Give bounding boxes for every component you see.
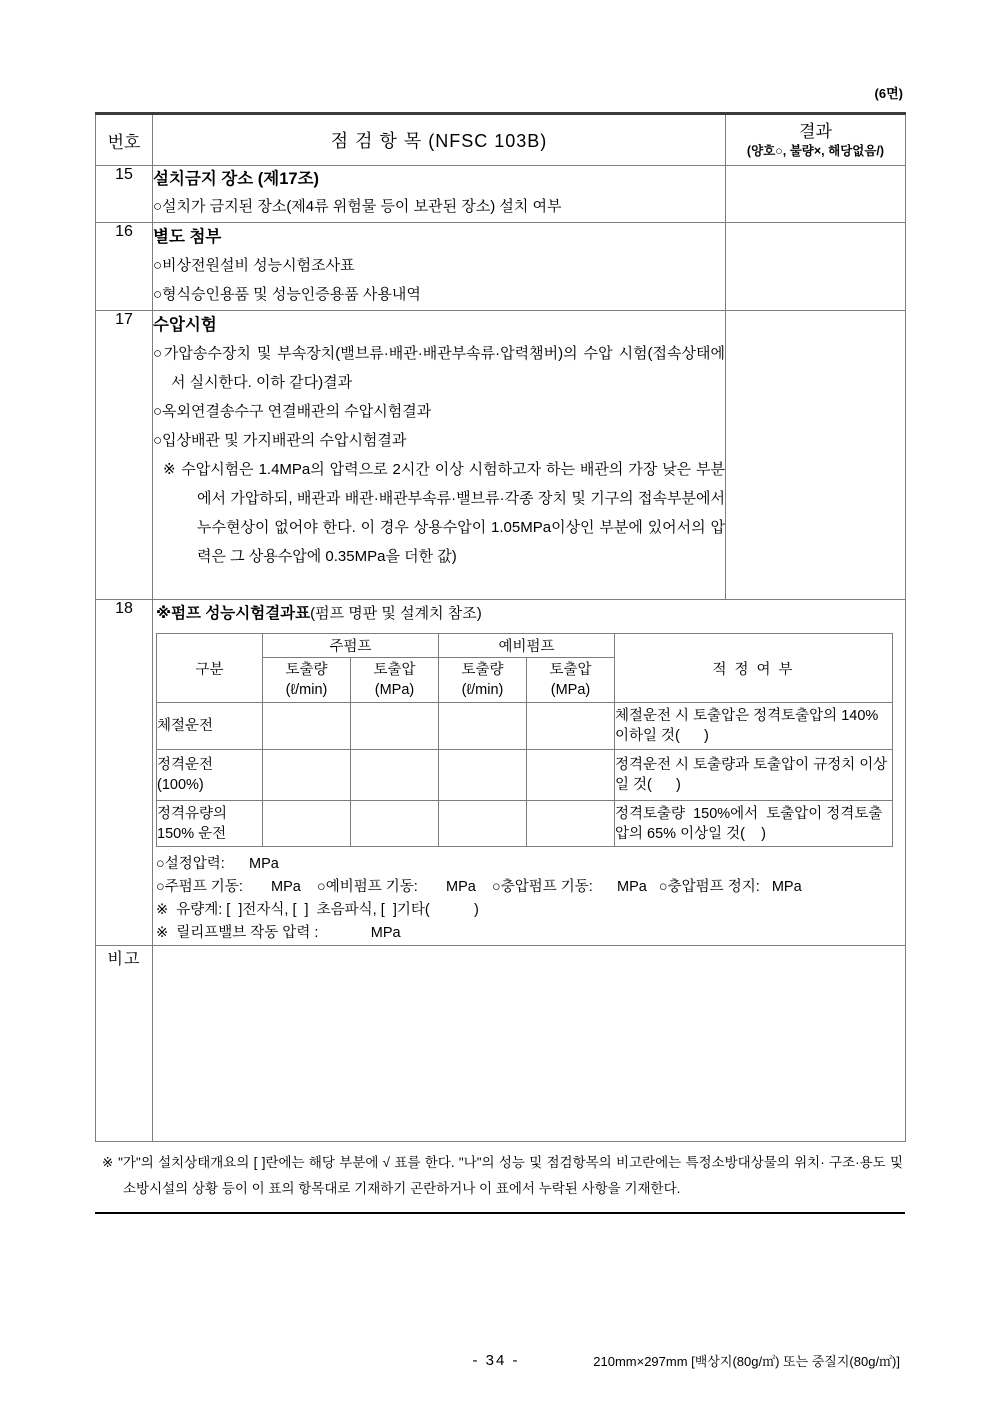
pump-start-stop-line: ○주펌프 기동: MPa ○예비펌프 기동: MPa ○충압펌프 기동: MPa… xyxy=(156,876,905,899)
flow-meter-line: ※ 유량계: [ ]전자식, [ ] 초음파식, [ ]기타( ) xyxy=(156,899,905,922)
row-16: 16 별도 첨부 ○비상전원설비 성능시험조사표 ○형식승인용품 및 성능인증용… xyxy=(96,223,906,311)
pump-row-rated-label-line1: 정격운전 xyxy=(157,755,262,775)
pump-row-150pct-label-line1: 정격유량의 xyxy=(157,804,262,824)
pump-table-title-rest: (펌프 명판 및 설계치 참조) xyxy=(310,605,482,622)
relief-valve-line: ※ 릴리프밸브 작동 압력 : MPa xyxy=(156,922,905,945)
remarks-row: 비고 xyxy=(96,946,906,1142)
row-17: 17 수압시험 ○가압송수장치 및 부속장치(밸브류·배관·배관부속류·압력챔버… xyxy=(96,311,906,600)
set-pressure-line: ○설정압력: MPa xyxy=(156,853,905,876)
pump-row-rated-reserve-flow-cell xyxy=(439,750,527,801)
inspection-table: 번호 점 검 항 목 (NFSC 103B) 결과 (양호○, 불량×, 해당없… xyxy=(95,112,906,1142)
row-16-bullet-2: ○형식승인용품 및 성능인증용품 사용내역 xyxy=(153,280,725,309)
row-15-bullet-1: ○설치가 금지된 장소(제4류 위험물 등이 보관된 장소) 설치 여부 xyxy=(153,193,725,220)
pump-header-main-flow-label: 토출량 xyxy=(263,660,350,680)
row-15-title: 설치금지 장소 (제17조) xyxy=(153,166,725,193)
pump-row-150pct: 정격유량의 150% 운전 정격토출량 150%에서 토출압이 정격토출압의 6… xyxy=(157,801,893,847)
pump-row-150pct-label: 정격유량의 150% 운전 xyxy=(157,801,263,847)
row-15-content: 설치금지 장소 (제17조) ○설치가 금지된 장소(제4류 위험물 등이 보관… xyxy=(153,166,726,223)
pump-header-main-pressure-unit: (MPa) xyxy=(351,680,438,700)
form-body: (6면) 번호 점 검 항 목 (NFSC 103B) 결과 (양호○, 불량×… xyxy=(95,86,905,1214)
row-16-bullet-1: ○비상전원설비 성능시험조사표 xyxy=(153,251,725,280)
pump-header-reserve-flow-unit: (ℓ/min) xyxy=(439,680,526,700)
row-18-content: ※펌프 성능시험결과표(펌프 명판 및 설계치 참조) 구분 주펌프 예비펌프 … xyxy=(153,600,906,946)
header-result: 결과 (양호○, 불량×, 해당없음/) xyxy=(726,114,906,166)
row-17-result-cell xyxy=(726,311,906,600)
pump-row-rated-label: 정격운전 (100%) xyxy=(157,750,263,801)
pump-row-150pct-reserve-flow-cell xyxy=(439,801,527,847)
pump-row-shutoff-label: 체절운전 xyxy=(157,703,263,750)
table-header-row: 번호 점 검 항 목 (NFSC 103B) 결과 (양호○, 불량×, 해당없… xyxy=(96,114,906,166)
pump-header-main-flow-unit: (ℓ/min) xyxy=(263,680,350,700)
header-result-title: 결과 xyxy=(726,121,905,143)
pump-header-adequacy: 적 정 여 부 xyxy=(615,634,893,703)
page-sheet-label: (6면) xyxy=(95,86,903,102)
row-16-number: 16 xyxy=(96,223,153,311)
pump-row-150pct-main-flow-cell xyxy=(263,801,351,847)
row-17-number: 17 xyxy=(96,311,153,600)
pump-row-rated-reserve-pressure-cell xyxy=(527,750,615,801)
row-17-title: 수압시험 xyxy=(153,311,725,339)
pump-header-reserve-pressure-unit: (MPa) xyxy=(527,680,614,700)
header-items: 점 검 항 목 (NFSC 103B) xyxy=(153,114,726,166)
row-17-bullet-1: ○가압송수장치 및 부속장치(밸브류·배관·배관부속류·압력챔버)의 수압 시험… xyxy=(153,339,725,397)
pump-row-shutoff-reserve-pressure-cell xyxy=(527,703,615,750)
pump-header-main-flow: 토출량 (ℓ/min) xyxy=(263,658,351,703)
pump-header-category: 구분 xyxy=(157,634,263,703)
pump-header-reserve-pressure-label: 토출압 xyxy=(527,660,614,680)
row-16-result-cell xyxy=(726,223,906,311)
footnote-text: ※ "가"의 설치상태개요의 [ ]란에는 해당 부분에 √ 표를 한다. "나… xyxy=(97,1150,903,1202)
pump-header-reserve-pump: 예비펌프 xyxy=(439,634,615,658)
pump-header-main-pressure-label: 토출압 xyxy=(351,660,438,680)
pump-row-shutoff-reserve-flow-cell xyxy=(439,703,527,750)
pump-row-rated-label-line2: (100%) xyxy=(157,775,262,795)
pump-header-row-1: 구분 주펌프 예비펌프 적 정 여 부 xyxy=(157,634,893,658)
pump-header-reserve-pressure: 토출압 (MPa) xyxy=(527,658,615,703)
pump-row-150pct-criteria: 정격토출량 150%에서 토출압이 정격토출압의 65% 이상일 것( ) xyxy=(615,801,893,847)
pump-header-main-pressure: 토출압 (MPa) xyxy=(351,658,439,703)
row-17-note: ※ 수압시험은 1.4MPa의 압력으로 2시간 이상 시험하고자 하는 배관의… xyxy=(153,455,725,571)
paper-spec-note: 210mm×297mm [백상지(80g/㎡) 또는 중질지(80g/㎡)] xyxy=(593,1351,900,1370)
header-result-legend: (양호○, 불량×, 해당없음/) xyxy=(726,143,905,159)
footnote-block: ※ "가"의 설치상태개요의 [ ]란에는 해당 부분에 √ 표를 한다. "나… xyxy=(95,1142,905,1214)
pump-row-rated-main-pressure-cell xyxy=(351,750,439,801)
pressure-settings: ○설정압력: MPa ○주펌프 기동: MPa ○예비펌프 기동: MPa ○충… xyxy=(156,853,905,945)
row-18: 18 ※펌프 성능시험결과표(펌프 명판 및 설계치 참조) 구분 주펌프 예비… xyxy=(96,600,906,946)
pump-performance-table: 구분 주펌프 예비펌프 적 정 여 부 토출량 (ℓ/min) 토출압 xyxy=(156,633,893,847)
pump-header-reserve-flow-label: 토출량 xyxy=(439,660,526,680)
document-page: (6면) 번호 점 검 항 목 (NFSC 103B) 결과 (양호○, 불량×… xyxy=(0,0,992,1403)
pump-row-shutoff-main-pressure-cell xyxy=(351,703,439,750)
row-16-title: 별도 첨부 xyxy=(153,223,725,251)
pump-table-title: ※펌프 성능시험결과표(펌프 명판 및 설계치 참조) xyxy=(156,602,905,626)
pump-header-main-pump: 주펌프 xyxy=(263,634,439,658)
pump-row-150pct-reserve-pressure-cell xyxy=(527,801,615,847)
pump-row-rated-criteria: 정격운전 시 토출량과 토출압이 규정치 이상일 것( ) xyxy=(615,750,893,801)
remarks-label: 비고 xyxy=(96,946,153,1142)
row-15-number: 15 xyxy=(96,166,153,223)
pump-row-shutoff-main-flow-cell xyxy=(263,703,351,750)
pump-row-150pct-label-line2: 150% 운전 xyxy=(157,824,262,844)
row-15-result-cell xyxy=(726,166,906,223)
header-no: 번호 xyxy=(96,114,153,166)
pump-row-rated: 정격운전 (100%) 정격운전 시 토출량과 토출압이 규정치 이상일 것( … xyxy=(157,750,893,801)
remarks-content-cell xyxy=(153,946,906,1142)
row-17-content: 수압시험 ○가압송수장치 및 부속장치(밸브류·배관·배관부속류·압력챔버)의 … xyxy=(153,311,726,600)
pump-row-150pct-main-pressure-cell xyxy=(351,801,439,847)
row-18-number: 18 xyxy=(96,600,153,946)
pump-row-shutoff: 체절운전 체절운전 시 토출압은 정격토출압의 140% 이하일 것( ) xyxy=(157,703,893,750)
row-17-bullet-3: ○입상배관 및 가지배관의 수압시험결과 xyxy=(153,426,725,455)
pump-row-rated-main-flow-cell xyxy=(263,750,351,801)
pump-table-title-bold: ※펌프 성능시험결과표 xyxy=(156,605,310,622)
pump-row-shutoff-criteria: 체절운전 시 토출압은 정격토출압의 140% 이하일 것( ) xyxy=(615,703,893,750)
row-16-content: 별도 첨부 ○비상전원설비 성능시험조사표 ○형식승인용품 및 성능인증용품 사… xyxy=(153,223,726,311)
row-15: 15 설치금지 장소 (제17조) ○설치가 금지된 장소(제4류 위험물 등이… xyxy=(96,166,906,223)
pump-header-reserve-flow: 토출량 (ℓ/min) xyxy=(439,658,527,703)
row-17-bullet-2: ○옥외연결송수구 연결배관의 수압시험결과 xyxy=(153,397,725,426)
